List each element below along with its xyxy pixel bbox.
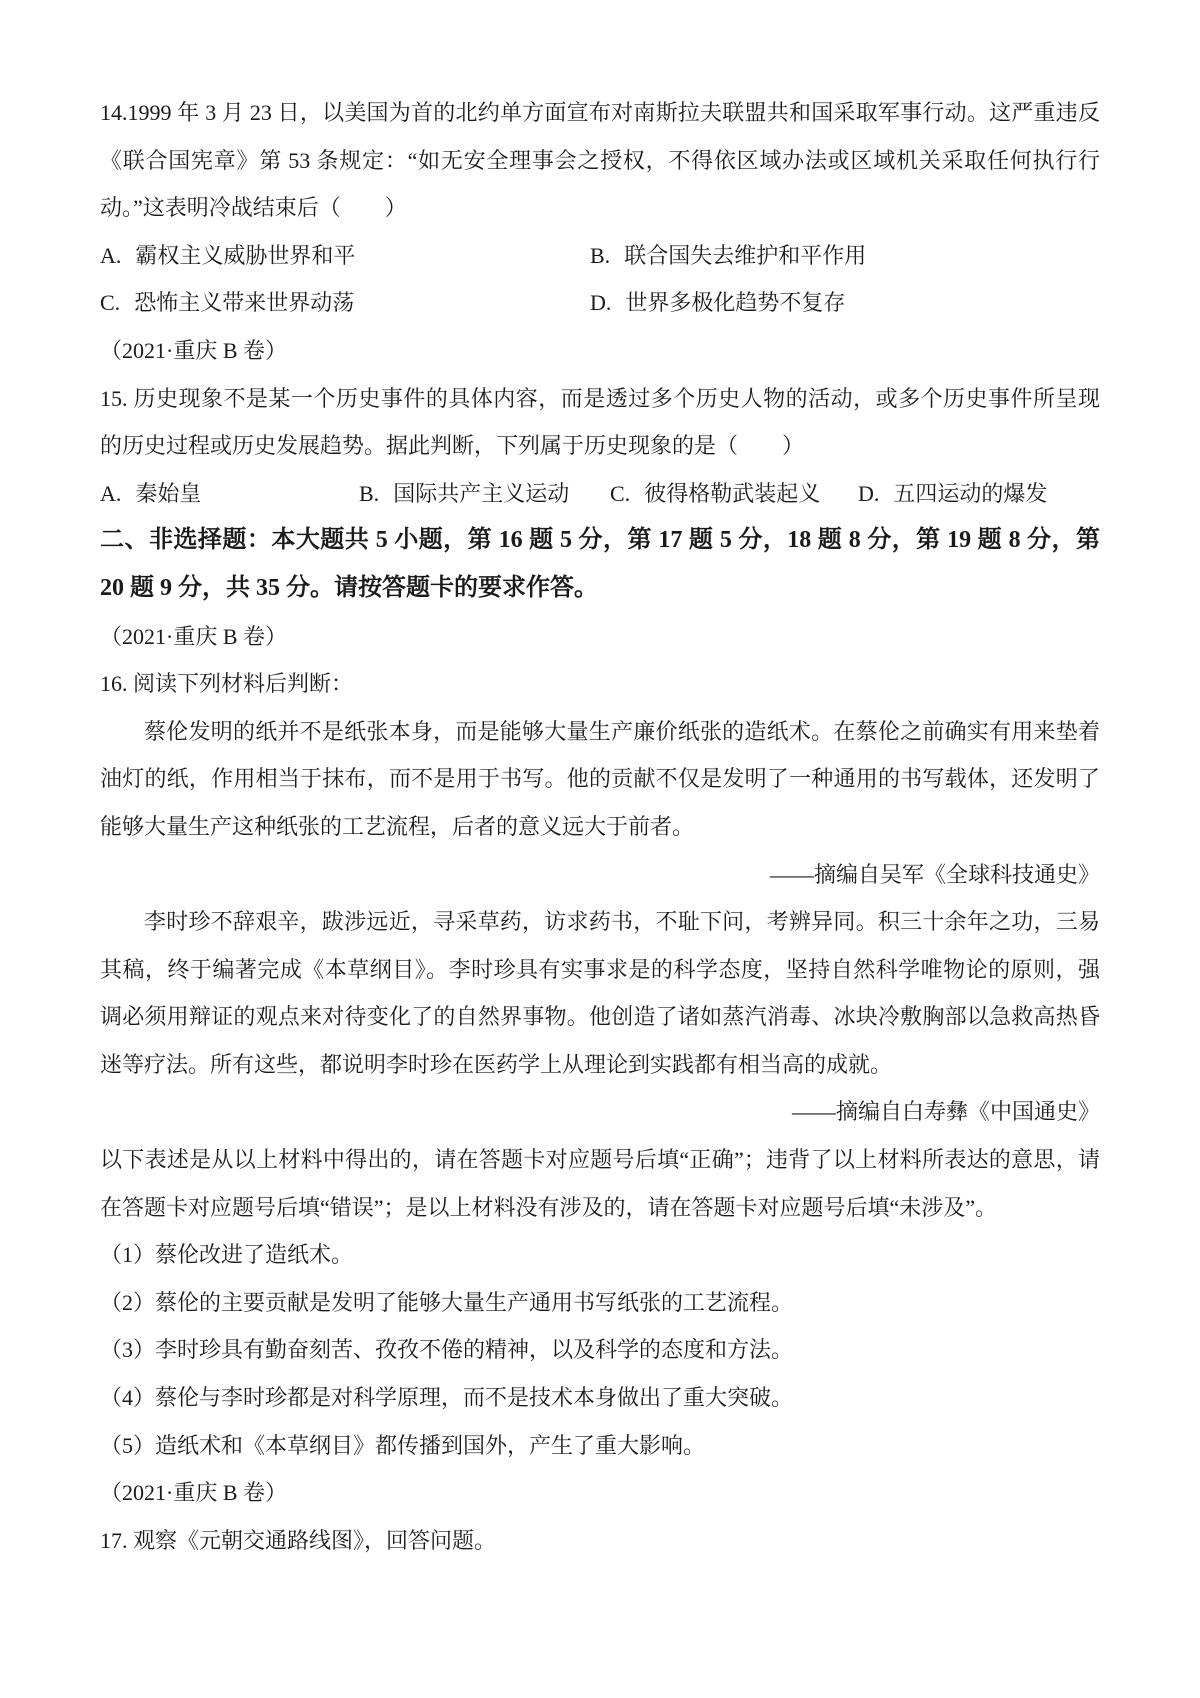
question-15-option-b: B.国际共产主义运动 — [359, 470, 610, 518]
question-14-option-d: D.世界多极化趋势不复存 — [590, 279, 1100, 327]
question-16-instruction: 以下表述是从以上材料中得出的，请在答题卡对应题号后填“正确”；违背了以上材料所表… — [100, 1136, 1100, 1231]
statement-5: （5）造纸术和《本草纲目》都传播到国外，产生了重大影响。 — [100, 1422, 1100, 1470]
exam-document-page: 14.1999 年 3 月 23 日，以美国为首的北约单方面宣布对南斯拉夫联盟共… — [0, 0, 1200, 1698]
question-16: 16. 阅读下列材料后判断： 蔡伦发明的纸并不是纸张本身，而是能够大量生产廉价纸… — [100, 660, 1100, 1517]
question-15-option-c: C.彼得格勒武装起义 — [610, 470, 858, 518]
option-c-text: 恐怖主义带来世界动荡 — [134, 290, 354, 315]
statement-3: （3）李时珍具有勤奋刻苦、孜孜不倦的精神，以及科学的态度和方法。 — [100, 1326, 1100, 1374]
question-17-lead: 17. 观察《元朝交通路线图》，回答问题。 — [100, 1517, 1100, 1565]
option-b-text: 联合国失去维护和平作用 — [624, 243, 866, 268]
option-d-text: 五四运动的爆发 — [893, 481, 1047, 506]
question-15: 15. 历史现象不是某一个历史事件的具体内容，而是透过多个历史人物的活动，或多个… — [100, 375, 1100, 518]
question-14-options: A.霸权主义威胁世界和平 B.联合国失去维护和平作用 C.恐怖主义带来世界动荡 … — [100, 232, 1100, 327]
question-16-material-2: 李时珍不辞艰辛，跋涉远近，寻采草药，访求药书，不耻下问，考辨异同。积三十余年之功… — [100, 898, 1100, 1088]
statement-1: （1）蔡伦改进了造纸术。 — [100, 1231, 1100, 1279]
option-c-text: 彼得格勒武装起义 — [644, 481, 820, 506]
material-1-source: ——摘编自吴军《全球科技通史》 — [100, 851, 1100, 899]
question-15-option-a: A.秦始皇 — [100, 470, 359, 518]
question-14-option-b: B.联合国失去维护和平作用 — [590, 232, 1100, 280]
option-a-text: 秦始皇 — [135, 481, 201, 506]
question-17: 17. 观察《元朝交通路线图》，回答问题。 — [100, 1517, 1100, 1565]
option-a-text: 霸权主义威胁世界和平 — [135, 243, 355, 268]
option-d-text: 世界多极化趋势不复存 — [625, 290, 845, 315]
question-16-lead: 16. 阅读下列材料后判断： — [100, 660, 1100, 708]
question-14-source-tag: （2021·重庆 B 卷） — [100, 327, 1100, 375]
option-b-label: B. — [359, 470, 379, 518]
question-14-option-a: A.霸权主义威胁世界和平 — [100, 232, 590, 280]
section-2-source-tag: （2021·重庆 B 卷） — [100, 613, 1100, 661]
option-c-label: C. — [100, 279, 120, 327]
option-d-label: D. — [590, 279, 611, 327]
option-b-text: 国际共产主义运动 — [393, 481, 569, 506]
option-a-label: A. — [100, 232, 121, 280]
question-15-stem: 15. 历史现象不是某一个历史事件的具体内容，而是透过多个历史人物的活动，或多个… — [100, 375, 1100, 470]
section-2: 二、非选择题：本大题共 5 小题，第 16 题 5 分，第 17 题 5 分，1… — [100, 517, 1100, 660]
question-16-material-1: 蔡伦发明的纸并不是纸张本身，而是能够大量生产廉价纸张的造纸术。在蔡伦之前确实有用… — [100, 708, 1100, 851]
statement-4: （4）蔡伦与李时珍都是对科学原理，而不是技术本身做出了重大突破。 — [100, 1374, 1100, 1422]
question-16-source-tag: （2021·重庆 B 卷） — [100, 1469, 1100, 1517]
question-14-option-c: C.恐怖主义带来世界动荡 — [100, 279, 590, 327]
option-b-label: B. — [590, 232, 610, 280]
option-c-label: C. — [610, 470, 630, 518]
option-d-label: D. — [858, 470, 879, 518]
material-2-source: ——摘编自白寿彝《中国通史》 — [100, 1088, 1100, 1136]
question-14: 14.1999 年 3 月 23 日，以美国为首的北约单方面宣布对南斯拉夫联盟共… — [100, 89, 1100, 375]
question-14-stem: 14.1999 年 3 月 23 日，以美国为首的北约单方面宣布对南斯拉夫联盟共… — [100, 89, 1100, 232]
question-15-option-d: D.五四运动的爆发 — [858, 470, 1100, 518]
question-15-options: A.秦始皇 B.国际共产主义运动 C.彼得格勒武装起义 D.五四运动的爆发 — [100, 470, 1100, 518]
statement-2: （2）蔡伦的主要贡献是发明了能够大量生产通用书写纸张的工艺流程。 — [100, 1279, 1100, 1327]
option-a-label: A. — [100, 470, 121, 518]
section-2-header: 二、非选择题：本大题共 5 小题，第 16 题 5 分，第 17 题 5 分，1… — [100, 517, 1100, 612]
